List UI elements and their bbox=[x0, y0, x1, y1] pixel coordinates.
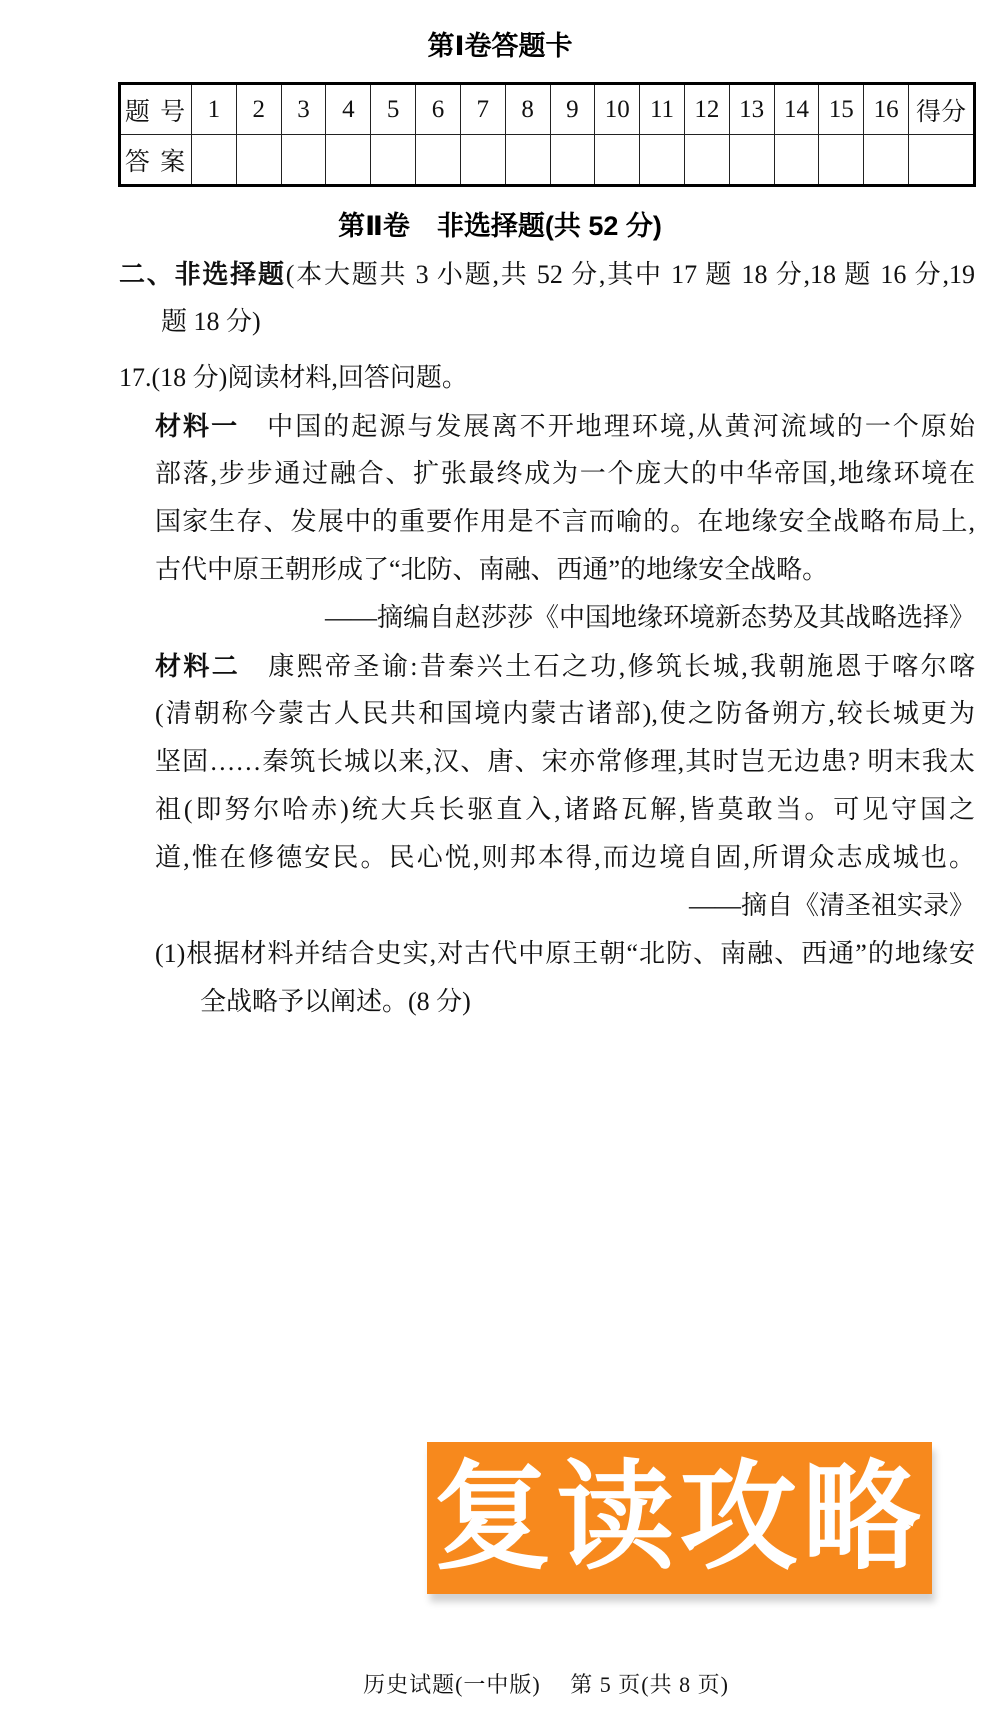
question-number-cell: 16 bbox=[864, 84, 909, 135]
part2-title: 第Ⅱ卷 非选择题(共 52 分) bbox=[0, 204, 1000, 243]
question-number-cell: 13 bbox=[729, 84, 774, 135]
promo-banner: 复读攻略 bbox=[427, 1442, 932, 1594]
section2-intro-line1: 二、非选择题(本大题共 3 小题,共 52 分,其中 17 题 18 分,18 … bbox=[119, 250, 975, 298]
question17-part1-line2: 全战略予以阐述。(8 分) bbox=[155, 978, 975, 1026]
answer-cell bbox=[236, 135, 281, 186]
answer-cell bbox=[192, 135, 237, 186]
answer-row-label: 答 案 bbox=[120, 135, 192, 186]
question-number-cell: 7 bbox=[460, 84, 505, 135]
answer-cell bbox=[774, 135, 819, 186]
material2-source: ——摘自《清圣祖实录》 bbox=[119, 882, 975, 930]
material2-text1: 康熙帝圣谕:昔秦兴土石之功,修筑长城,我朝施恩于喀尔喀 bbox=[268, 652, 975, 681]
score-cell bbox=[909, 135, 975, 186]
answer-sheet-table: 题 号 1 2 3 4 5 6 7 8 9 10 11 12 13 14 15 … bbox=[118, 82, 976, 187]
answer-cell bbox=[460, 135, 505, 186]
material2-line2: (清朝称今蒙古人民共和国境内蒙古诸部),使之防备朔方,较长城更为 bbox=[155, 690, 975, 738]
question-number-cell: 3 bbox=[281, 84, 326, 135]
question-number-cell: 2 bbox=[236, 84, 281, 135]
question17-part1-line1: (1)根据材料并结合史实,对古代中原王朝“北防、南融、西通”的地缘安 bbox=[155, 930, 975, 978]
question-number-cell: 12 bbox=[684, 84, 729, 135]
question-number-cell: 6 bbox=[416, 84, 461, 135]
material1-line4: 古代中原王朝形成了“北防、南融、西通”的地缘安全战略。 bbox=[155, 546, 975, 594]
material2-line4: 祖(即努尔哈赤)统大兵长驱直入,诸路瓦解,皆莫敢当。可见守国之 bbox=[155, 786, 975, 834]
material1-line1: 材料一中国的起源与发展离不开地理环境,从黄河流域的一个原始 bbox=[155, 402, 975, 450]
answer-cell bbox=[550, 135, 595, 186]
exam-body: 二、非选择题(本大题共 3 小题,共 52 分,其中 17 题 18 分,18 … bbox=[119, 250, 975, 1026]
answer-cell bbox=[729, 135, 774, 186]
answer-cell bbox=[640, 135, 685, 186]
question-number-cell: 9 bbox=[550, 84, 595, 135]
answer-cell bbox=[595, 135, 640, 186]
question-number-row: 题 号 1 2 3 4 5 6 7 8 9 10 11 12 13 14 15 … bbox=[120, 84, 975, 135]
question-number-cell: 4 bbox=[326, 84, 371, 135]
part1-title: 第Ⅰ卷答题卡 bbox=[0, 24, 1000, 63]
exam-page: 第Ⅰ卷答题卡 题 号 1 2 3 4 5 6 7 8 9 10 11 12 13… bbox=[0, 0, 1000, 1723]
material2: 材料二康熙帝圣谕:昔秦兴土石之功,修筑长城,我朝施恩于喀尔喀 (清朝称今蒙古人民… bbox=[155, 642, 975, 882]
material2-line1: 材料二康熙帝圣谕:昔秦兴土石之功,修筑长城,我朝施恩于喀尔喀 bbox=[155, 642, 975, 690]
promo-banner-text: 复读攻略 bbox=[433, 1459, 925, 1577]
answer-cell bbox=[819, 135, 864, 186]
material2-line5: 道,惟在修德安民。民心悦,则邦本得,而边境自固,所谓众志成城也。 bbox=[155, 834, 975, 882]
answer-cell bbox=[505, 135, 550, 186]
answer-row: 答 案 bbox=[120, 135, 975, 186]
section2-intro-line2: 题 18 分) bbox=[119, 298, 975, 346]
page-footer: 历史试题(一中版) 第 5 页(共 8 页) bbox=[0, 1668, 1000, 1699]
question-number-cell: 15 bbox=[819, 84, 864, 135]
answer-cell bbox=[326, 135, 371, 186]
question-row-label: 题 号 bbox=[120, 84, 192, 135]
material1-source: ——摘编自赵莎莎《中国地缘环境新态势及其战略选择》 bbox=[119, 594, 975, 642]
material2-line3: 坚固……秦筑长城以来,汉、唐、宋亦常修理,其时岂无边患? 明末我太 bbox=[155, 738, 975, 786]
answer-cell bbox=[281, 135, 326, 186]
material1-line2: 部落,步步通过融合、扩张最终成为一个庞大的中华帝国,地缘环境在 bbox=[155, 450, 975, 498]
material1-text1: 中国的起源与发展离不开地理环境,从黄河流域的一个原始 bbox=[267, 412, 975, 441]
question-number-cell: 1 bbox=[192, 84, 237, 135]
answer-cell bbox=[684, 135, 729, 186]
answer-cell bbox=[864, 135, 909, 186]
question-number-cell: 5 bbox=[371, 84, 416, 135]
material1: 材料一中国的起源与发展离不开地理环境,从黄河流域的一个原始 部落,步步通过融合、… bbox=[155, 402, 975, 594]
question-number-cell: 10 bbox=[595, 84, 640, 135]
spacer bbox=[119, 346, 975, 354]
question-number-cell: 8 bbox=[505, 84, 550, 135]
question17-stem: 17.(18 分)阅读材料,回答问题。 bbox=[119, 354, 975, 402]
score-label: 得分 bbox=[909, 84, 975, 135]
material2-label: 材料二 bbox=[155, 651, 240, 681]
section2-intro-bold: 二、非选择题 bbox=[119, 259, 286, 289]
question-number-cell: 11 bbox=[640, 84, 685, 135]
answer-cell bbox=[416, 135, 461, 186]
question17-part1: (1)根据材料并结合史实,对古代中原王朝“北防、南融、西通”的地缘安 全战略予以… bbox=[155, 930, 975, 1026]
answer-cell bbox=[371, 135, 416, 186]
section2-intro-rest: (本大题共 3 小题,共 52 分,其中 17 题 18 分,18 题 16 分… bbox=[286, 260, 975, 289]
section2-intro: 二、非选择题(本大题共 3 小题,共 52 分,其中 17 题 18 分,18 … bbox=[119, 250, 975, 346]
question-number-cell: 14 bbox=[774, 84, 819, 135]
material1-line3: 国家生存、发展中的重要作用是不言而喻的。在地缘安全战略布局上, bbox=[155, 498, 975, 546]
material1-label: 材料一 bbox=[155, 411, 239, 441]
